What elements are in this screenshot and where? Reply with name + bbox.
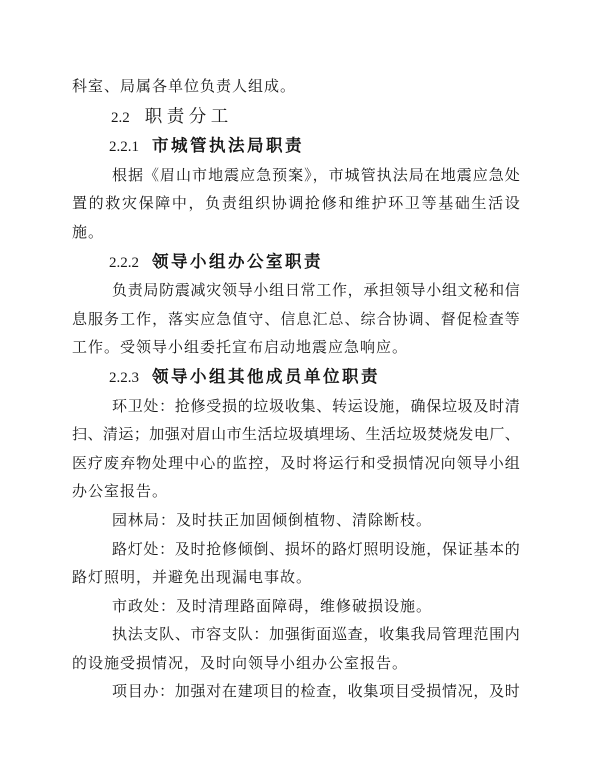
paragraph-line: 施。 — [72, 219, 520, 248]
paragraph-line: 路灯照明，并避免出现漏电事故。 — [72, 564, 520, 593]
heading-title: 领导小组办公室职责 — [152, 253, 323, 271]
paragraph-line: 项目办：加强对在建项目的检查，收集项目受损情况，及时 — [72, 678, 520, 707]
paragraph-line: 环卫处：抢修受损的垃圾收集、转运设施，确保垃圾及时清 — [72, 393, 520, 422]
paragraph-line: 执法支队、市容支队：加强街面巡查，收集我局管理范围内 — [72, 621, 520, 650]
section-heading-2-2-2: 2.2.2领导小组办公室职责 — [72, 248, 520, 278]
heading-title: 职责分工 — [145, 106, 233, 126]
paragraph-line: 负责局防震减灾领导小组日常工作，承担领导小组文秘和信 — [72, 277, 520, 306]
heading-number: 2.2.2 — [109, 255, 139, 271]
paragraph-line: 的设施受损情况，及时向领导小组办公室报告。 — [72, 650, 520, 679]
paragraph-line: 置的救灾保障中，负责组织协调抢修和维护环卫等基础生活设 — [72, 190, 520, 219]
paragraph-line: 工作。受领导小组委托宣布启动地震应急响应。 — [72, 334, 520, 363]
paragraph-line: 根据《眉山市地震应急预案》，市城管执法局在地震应急处 — [72, 162, 520, 191]
heading-number: 2.2.1 — [109, 139, 139, 155]
heading-number: 2.2 — [111, 110, 130, 126]
paragraph-line: 市政处：及时清理路面障碍，维修破损设施。 — [72, 593, 520, 622]
heading-title: 领导小组其他成员单位职责 — [152, 368, 380, 386]
paragraph-line: 园林局：及时扶正加固倾倒植物、清除断枝。 — [72, 507, 520, 536]
paragraph-line: 息服务工作，落实应急值守、信息汇总、综合协调、督促检查等 — [72, 306, 520, 335]
paragraph-line: 办公室报告。 — [72, 478, 520, 507]
heading-title: 市城管执法局职责 — [152, 137, 304, 155]
document-page: 科室、局属各单位负责人组成。 2.2职责分工 2.2.1市城管执法局职责 根据《… — [0, 0, 595, 781]
section-heading-2-2-3: 2.2.3领导小组其他成员单位职责 — [72, 363, 520, 393]
paragraph-line: 科室、局属各单位负责人组成。 — [72, 73, 520, 102]
paragraph-line: 医疗废弃物处理中心的监控，及时将运行和受损情况向领导小组 — [72, 450, 520, 479]
section-heading-2-2-1: 2.2.1市城管执法局职责 — [72, 132, 520, 162]
paragraph-line: 路灯处：及时抢修倾倒、损坏的路灯照明设施，保证基本的 — [72, 536, 520, 565]
paragraph-line: 扫、清运；加强对眉山市生活垃圾填埋场、生活垃圾焚烧发电厂、 — [72, 421, 520, 450]
heading-number: 2.2.3 — [109, 370, 139, 386]
section-heading-2-2: 2.2职责分工 — [72, 102, 520, 133]
